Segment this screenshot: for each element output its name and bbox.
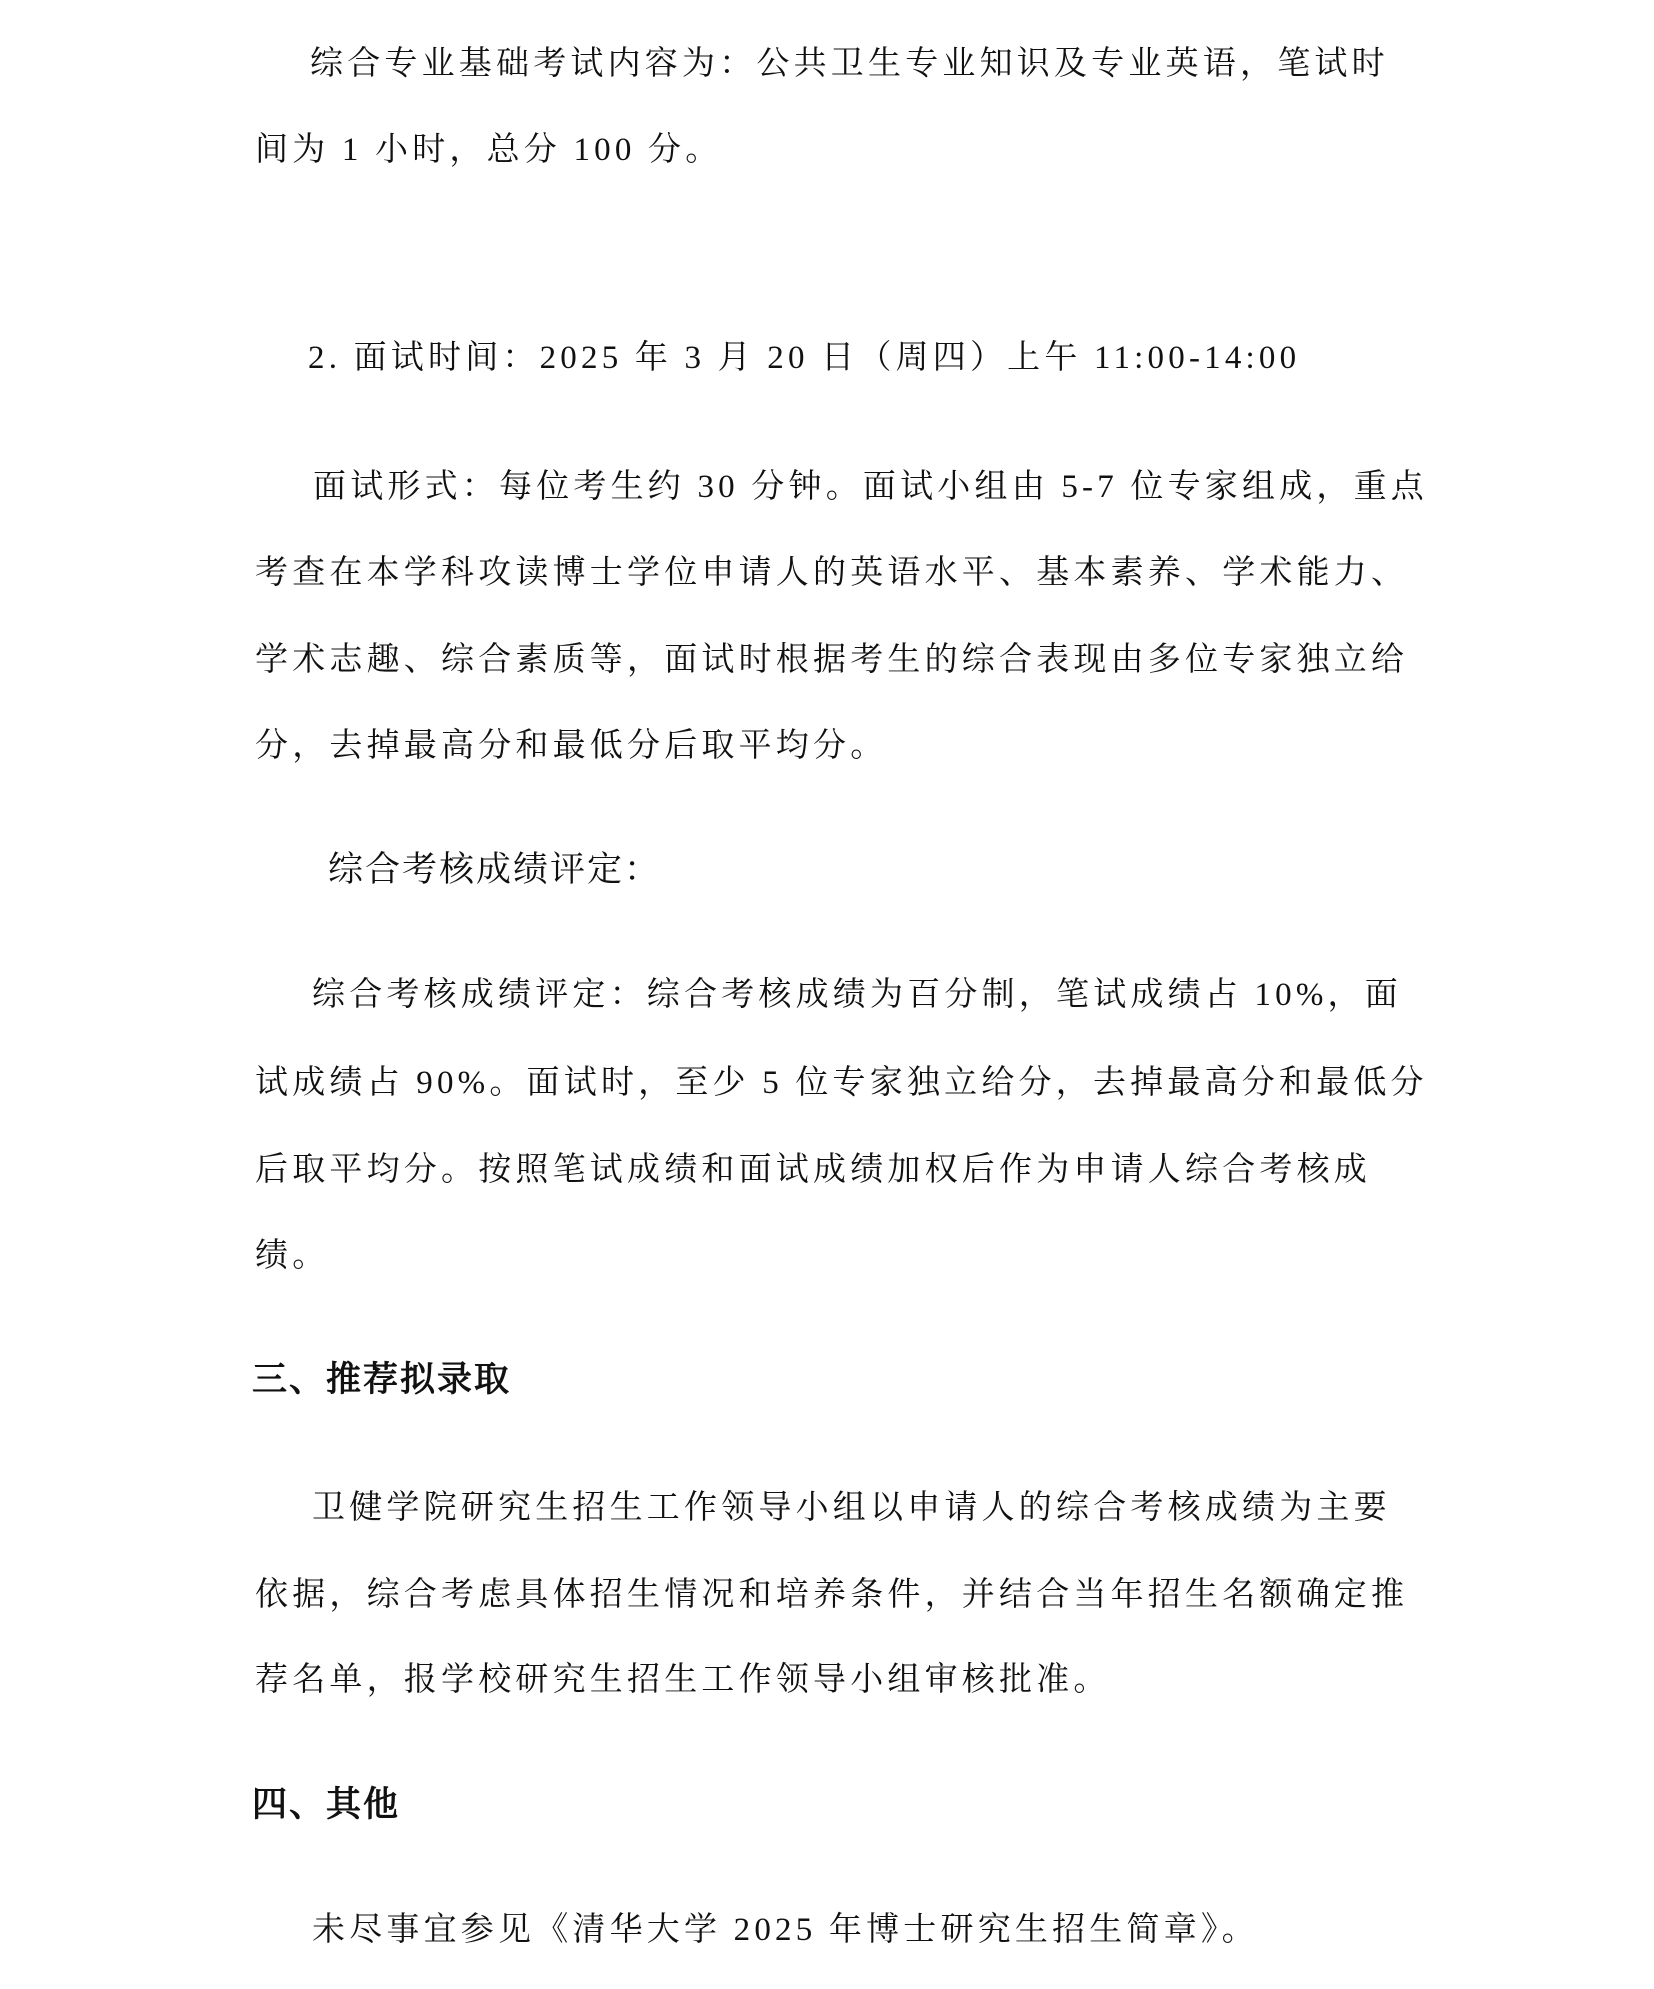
paragraph-line: 未尽事宜参见《清华大学 2025 年博士研究生招生简章》。 — [312, 1910, 1259, 1950]
paragraph-line: 试成绩占 90%。面试时，至少 5 位专家独立给分，去掉最高分和最低分 — [255, 1063, 1428, 1103]
section-3-heading: 三、推荐拟录取 — [252, 1359, 511, 1401]
section-4-heading: 四、其他 — [252, 1784, 400, 1826]
paragraph-line: 考查在本学科攻读博士学位申请人的英语水平、基本素养、学术能力、 — [255, 553, 1408, 593]
score-evaluation-heading: 综合考核成绩评定： — [328, 849, 661, 891]
paragraph-line: 绩。 — [255, 1236, 329, 1276]
paragraph-line: 分，去掉最高分和最低分后取平均分。 — [255, 726, 887, 766]
paragraph-line: 间为 1 小时，总分 100 分。 — [255, 130, 722, 170]
paragraph-line: 学术志趣、综合素质等，面试时根据考生的综合表现由多位专家独立给 — [255, 640, 1408, 680]
paragraph-line: 后取平均分。按照笔试成绩和面试成绩加权后作为申请人综合考核成 — [255, 1150, 1371, 1190]
paragraph-line: 综合考核成绩评定：综合考核成绩为百分制，笔试成绩占 10%，面 — [312, 975, 1402, 1015]
paragraph-line: 综合专业基础考试内容为：公共卫生专业知识及专业英语，笔试时 — [310, 44, 1389, 84]
paragraph-line: 面试形式：每位考生约 30 分钟。面试小组由 5-7 位专家组成，重点 — [313, 467, 1428, 507]
paragraph-line: 2. 面试时间：2025 年 3 月 20 日（周四）上午 11:00-14:0… — [308, 338, 1300, 378]
paragraph-line: 卫健学院研究生招生工作领导小组以申请人的综合考核成绩为主要 — [312, 1488, 1391, 1528]
paragraph-line: 荐名单，报学校研究生招生工作领导小组审核批准。 — [255, 1660, 1111, 1700]
paragraph-line: 依据，综合考虑具体招生情况和培养条件，并结合当年招生名额确定推 — [255, 1575, 1408, 1615]
